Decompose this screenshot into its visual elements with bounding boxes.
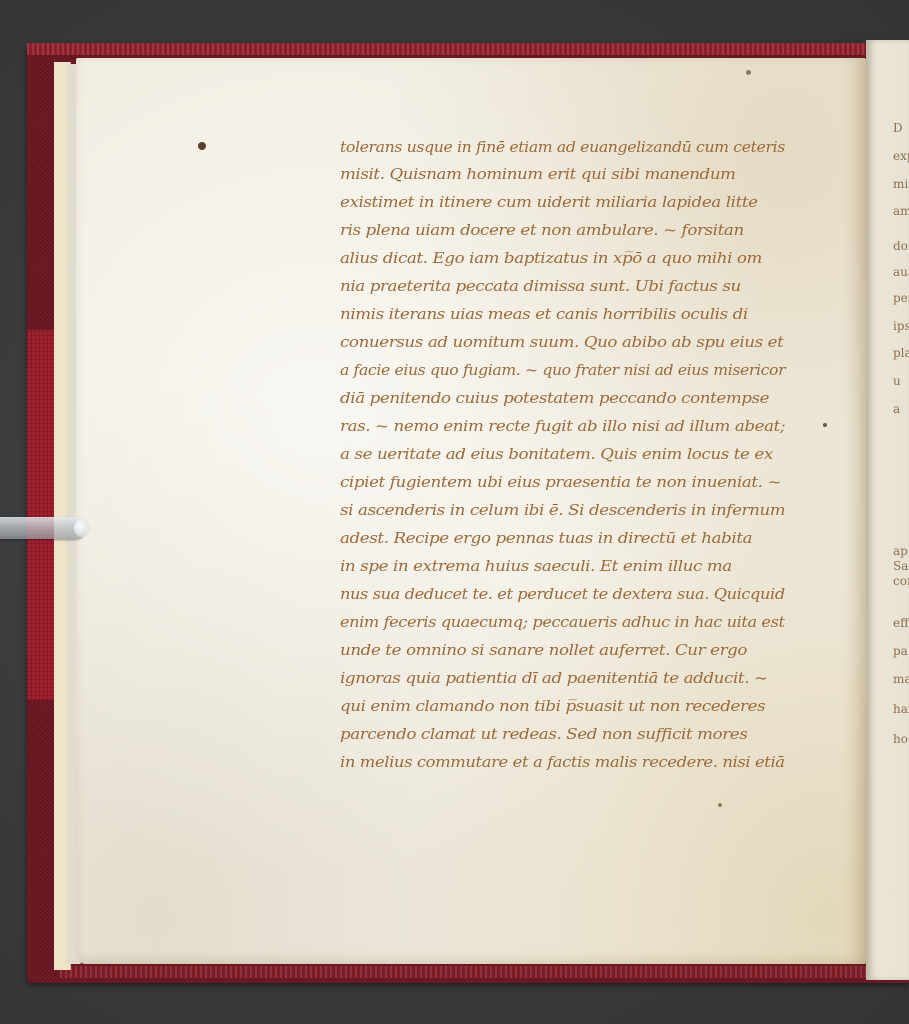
manuscript-line: nus sua deducet te. et perducet te dexte… — [340, 587, 785, 603]
facing-fragment: haro — [893, 703, 909, 715]
pointer-tip — [74, 519, 90, 537]
manuscript-line: a se ueritate ad eius bonitatem. Quis en… — [340, 447, 773, 463]
manuscript-line: adest. Recipe ergo pennas tuas in direct… — [340, 531, 752, 547]
facing-fragment: auar — [893, 266, 909, 278]
manuscript-line: a facie eius quo fugiam. ~ quo frater ni… — [340, 363, 785, 379]
manuscript-line: diā penitendo cuius potestatem peccando… — [340, 391, 769, 407]
page-spot — [823, 423, 827, 427]
facing-fragment: ap — [893, 545, 908, 557]
manuscript-line: conuersus ad uomitum suum. Quo abibo ab … — [340, 335, 783, 351]
page-spot — [718, 803, 722, 807]
manuscript-line: ras. ~ nemo enim recte fugit ab illo nis… — [340, 419, 785, 435]
manuscript-line: enim feceris quaecumq; peccaueris adhuc … — [340, 615, 785, 631]
facing-fragment: dom — [893, 240, 909, 252]
facing-fragment: amus — [893, 205, 909, 217]
spine-cloth — [27, 330, 57, 700]
facing-fragment: exp — [893, 150, 909, 162]
facing-fragment: a — [893, 403, 900, 415]
facing-fragment: pla — [893, 347, 909, 359]
manuscript-line: si ascenderis in celum ibi ē. Si descen… — [340, 503, 785, 519]
manuscript-line: in melius commutare et a factis malis re… — [340, 755, 785, 771]
facing-fragment: misi — [893, 178, 909, 190]
manuscript-line: nimis iterans uias meas et canis horribi… — [340, 307, 748, 323]
manuscript-line: alius dicat. Ego iam baptizatus in xp̅ō… — [340, 251, 762, 267]
manuscript-line: ris plena uiam docere et non ambulare. ~… — [340, 223, 744, 239]
binding-bottom-edge — [60, 966, 895, 978]
facing-fragment: con — [893, 575, 909, 587]
facing-fragment: ipsu — [893, 320, 909, 332]
manuscript-line: parcendo clamat ut redeas. Sed non suffi… — [340, 727, 747, 743]
facing-fragment: Sa — [893, 560, 908, 572]
facing-fragment: ho — [893, 733, 908, 745]
facing-fragment: effi — [893, 617, 909, 629]
manuscript-line: qui enim clamando non tibi p̅suasit ut n… — [340, 699, 765, 715]
manuscript-line: misit. Quisnam hominum erit qui sibi man… — [340, 167, 736, 183]
manuscript-line: unde te omnino si sanare nollet auferret… — [340, 643, 747, 659]
manuscript-line: cipiet fugientem ubi eius praesentia te … — [340, 475, 781, 491]
facing-fragment: pa — [893, 645, 908, 657]
manuscript-line: tolerans usque in finē etiam ad euangel… — [340, 140, 785, 156]
manuscript-line: ignoras quia patientia dī ad paenitenti… — [340, 671, 768, 687]
manuscript-line: nia praeterita peccata dimissa sunt. Ubi… — [340, 279, 741, 295]
facing-fragment: u — [893, 375, 901, 387]
manuscript-line: in spe in extrema huius saeculi. Et enim… — [340, 559, 732, 575]
facing-fragment: D — [893, 122, 903, 134]
ink-blemish — [198, 142, 206, 150]
page-spot — [746, 70, 751, 75]
facing-fragment: ma — [893, 673, 909, 685]
manuscript-line: existimet in itinere cum uiderit miliari… — [340, 195, 758, 211]
binding-top-edge — [27, 43, 897, 55]
facing-fragment: pers — [893, 292, 909, 304]
